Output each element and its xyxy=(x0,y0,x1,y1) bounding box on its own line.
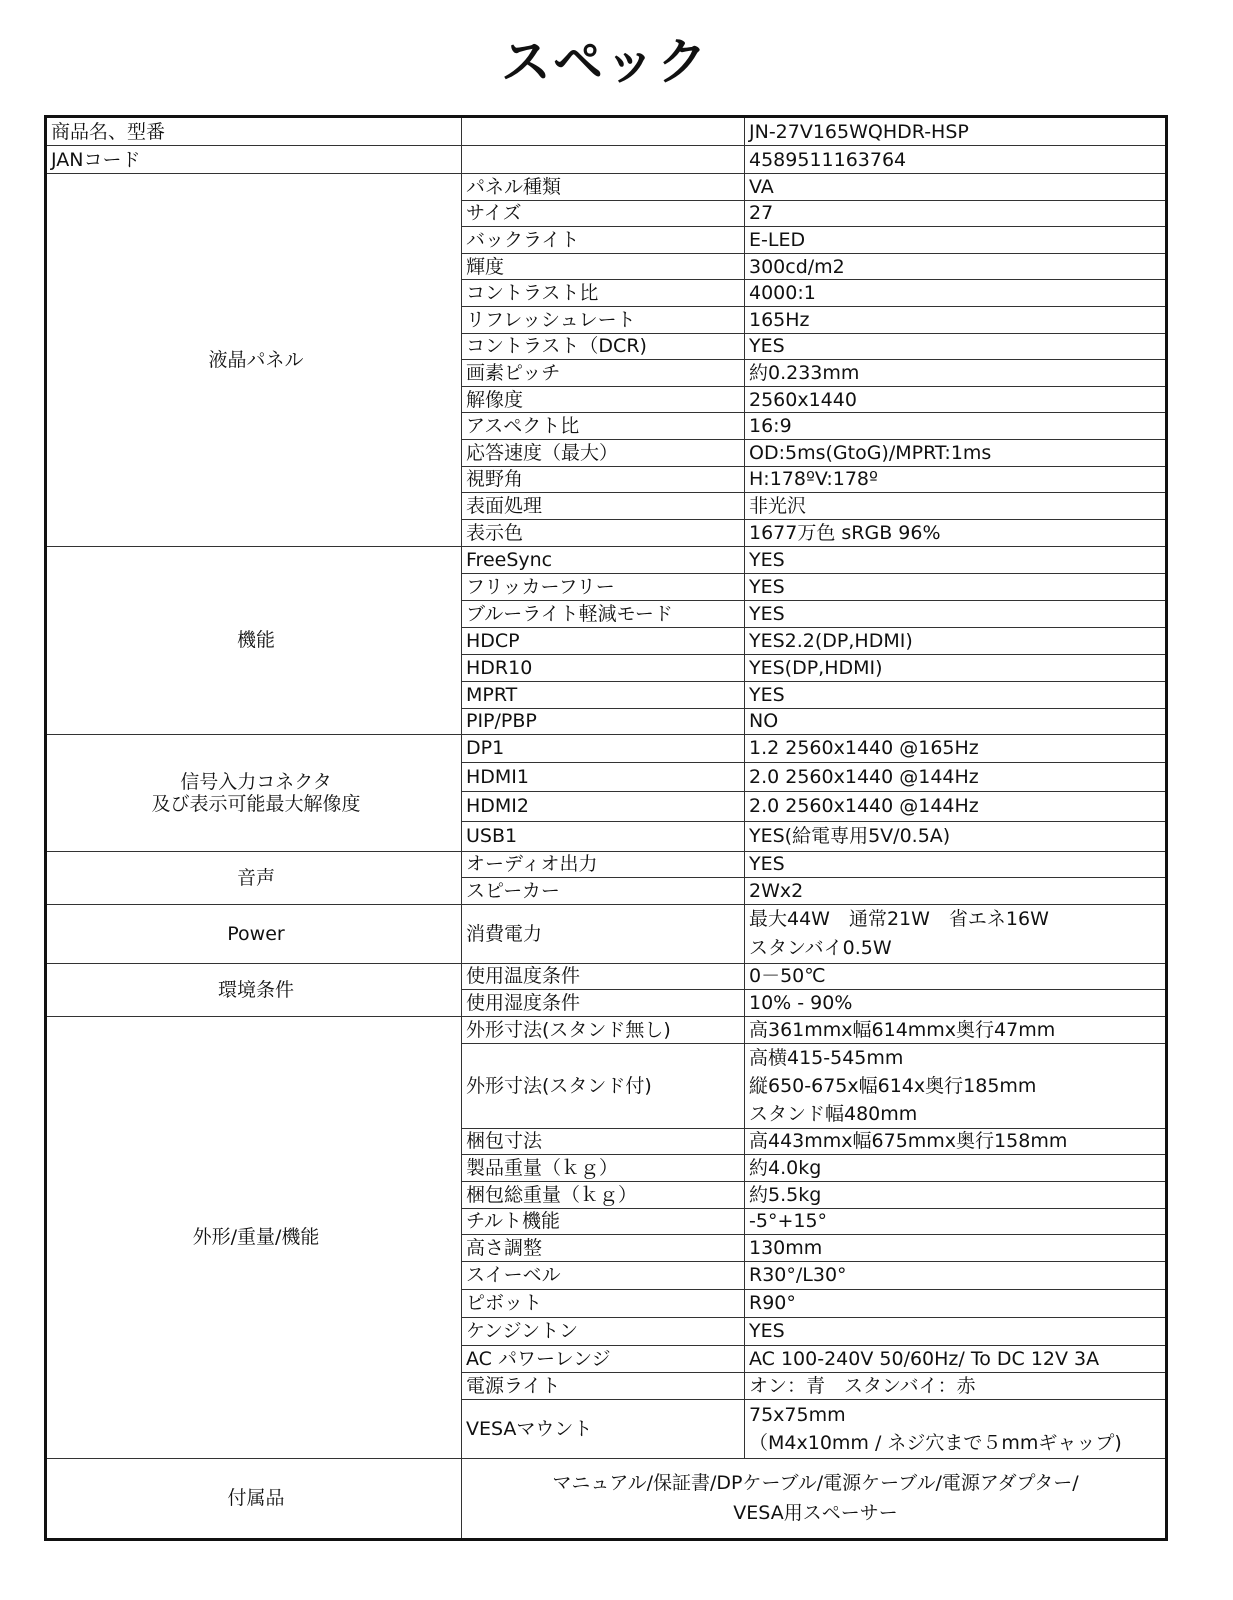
row-label: チルト機能 xyxy=(462,1208,745,1234)
row-value: AC 100-240V 50/60Hz/ To DC 12V 3A xyxy=(745,1345,1167,1372)
value-line: 75x75mm xyxy=(749,1401,1165,1429)
row-value: 16:9 xyxy=(745,413,1167,440)
row-label: サイズ xyxy=(462,200,745,227)
row-label: 視野角 xyxy=(462,466,745,493)
row-value: 2.0 2560x1440 @144Hz xyxy=(745,791,1167,821)
row-value: YES(給電専用5V/0.5A) xyxy=(745,821,1167,851)
row-value: 4000:1 xyxy=(745,280,1167,307)
row-label: 表面処理 xyxy=(462,493,745,520)
row-value: 1.2 2560x1440 @165Hz xyxy=(745,734,1167,762)
spec-row: 機能 FreeSync YES xyxy=(46,546,1167,573)
row-label: USB1 xyxy=(462,821,745,851)
row-label: 梱包寸法 xyxy=(462,1128,745,1154)
category-environment: 環境条件 xyxy=(46,963,462,1016)
spec-row-jan: JANコード 4589511163764 xyxy=(46,146,1167,174)
row-value: R30°/L30° xyxy=(745,1261,1167,1289)
row-label: 外形寸法(スタンド無し) xyxy=(462,1016,745,1043)
row-label: VESAマウント xyxy=(462,1399,745,1458)
row-label: 消費電力 xyxy=(462,904,745,963)
spec-row: 音声 オーディオ出力 YES xyxy=(46,851,1167,877)
row-value: 27 xyxy=(745,200,1167,227)
row-label: 画素ピッチ xyxy=(462,360,745,387)
row-label: JANコード xyxy=(46,146,462,174)
row-label: アスペクト比 xyxy=(462,413,745,440)
row-value: 高361mmx幅614mmx奥行47mm xyxy=(745,1016,1167,1043)
row-value: 約0.233mm xyxy=(745,360,1167,387)
row-value: 約4.0kg xyxy=(745,1154,1167,1181)
value-line: （M4x10mm / ネジ穴まで５mmギャップ) xyxy=(749,1429,1165,1457)
value-line: 縦650-675x幅614x奥行185mm xyxy=(749,1072,1165,1100)
value-line: マニュアル/保証書/DPケーブル/電源ケーブル/電源アダプター/ xyxy=(466,1468,1165,1498)
row-value: 4589511163764 xyxy=(745,146,1167,174)
row-value: 130mm xyxy=(745,1234,1167,1261)
row-value: 高横415-545mm 縦650-675x幅614x奥行185mm スタンド幅4… xyxy=(745,1043,1167,1128)
row-label: HDMI2 xyxy=(462,791,745,821)
row-label: 高さ調整 xyxy=(462,1234,745,1261)
page-title: スペック xyxy=(0,22,1210,94)
accessories-value: マニュアル/保証書/DPケーブル/電源ケーブル/電源アダプター/ VESA用スペ… xyxy=(462,1458,1167,1539)
row-label: HDMI1 xyxy=(462,762,745,791)
row-label: PIP/PBP xyxy=(462,708,745,734)
spec-row: 液晶パネル パネル種類 VA xyxy=(46,174,1167,201)
category-signal-input: 信号入力コネクタ 及び表示可能最大解像度 xyxy=(46,734,462,851)
row-value: YES2.2(DP,HDMI) xyxy=(745,627,1167,654)
value-line: VESA用スペーサー xyxy=(466,1498,1165,1528)
row-value: YES xyxy=(745,681,1167,708)
row-value: VA xyxy=(745,174,1167,201)
row-label: MPRT xyxy=(462,681,745,708)
row-value: 300cd/m2 xyxy=(745,253,1167,280)
row-value: 2560x1440 xyxy=(745,386,1167,413)
category-accessories: 付属品 xyxy=(46,1458,462,1539)
row-label: フリッカーフリー xyxy=(462,573,745,600)
row-label: HDR10 xyxy=(462,654,745,681)
row-label: 使用湿度条件 xyxy=(462,989,745,1016)
row-value: YES xyxy=(745,573,1167,600)
row-value: 0－50℃ xyxy=(745,963,1167,989)
row-value: YES xyxy=(745,600,1167,627)
row-label: 製品重量（ｋｇ） xyxy=(462,1154,745,1181)
row-label: 使用温度条件 xyxy=(462,963,745,989)
row-value: R90° xyxy=(745,1289,1167,1317)
row-value: 1677万色 sRGB 96% xyxy=(745,519,1167,546)
row-label: 輝度 xyxy=(462,253,745,280)
row-value: H:178ºV:178º xyxy=(745,466,1167,493)
empty-cell xyxy=(462,117,745,146)
value-line: スタンバイ0.5W xyxy=(749,934,1165,963)
category-audio: 音声 xyxy=(46,851,462,904)
row-value: 2.0 2560x1440 @144Hz xyxy=(745,762,1167,791)
row-label: コントラスト比 xyxy=(462,280,745,307)
row-value: 75x75mm （M4x10mm / ネジ穴まで５mmギャップ) xyxy=(745,1399,1167,1458)
row-label: ケンジントン xyxy=(462,1317,745,1345)
spec-row: 信号入力コネクタ 及び表示可能最大解像度 DP1 1.2 2560x1440 @… xyxy=(46,734,1167,762)
category-line: 信号入力コネクタ xyxy=(51,771,461,793)
row-value: E-LED xyxy=(745,227,1167,254)
row-value: オン：青 スタンバイ：赤 xyxy=(745,1372,1167,1399)
row-label: 商品名、型番 xyxy=(46,117,462,146)
row-label: AC パワーレンジ xyxy=(462,1345,745,1372)
row-label: スピーカー xyxy=(462,877,745,904)
row-label: HDCP xyxy=(462,627,745,654)
category-power: Power xyxy=(46,904,462,963)
row-value: 約5.5kg xyxy=(745,1181,1167,1208)
row-value: YES xyxy=(745,546,1167,573)
spec-row-accessories: 付属品 マニュアル/保証書/DPケーブル/電源ケーブル/電源アダプター/ VES… xyxy=(46,1458,1167,1539)
row-label: スイーベル xyxy=(462,1261,745,1289)
empty-cell xyxy=(462,146,745,174)
row-value: JN-27V165WQHDR-HSP xyxy=(745,117,1167,146)
row-label: FreeSync xyxy=(462,546,745,573)
row-value: YES xyxy=(745,1317,1167,1345)
category-features: 機能 xyxy=(46,546,462,734)
row-value: 2Wx2 xyxy=(745,877,1167,904)
row-value: YES(DP,HDMI) xyxy=(745,654,1167,681)
row-value: 非光沢 xyxy=(745,493,1167,520)
row-label: 外形寸法(スタンド付) xyxy=(462,1043,745,1128)
value-line: 最大44W 通常21W 省エネ16W xyxy=(749,905,1165,934)
row-label: ピボット xyxy=(462,1289,745,1317)
row-value: 最大44W 通常21W 省エネ16W スタンバイ0.5W xyxy=(745,904,1167,963)
category-line: 及び表示可能最大解像度 xyxy=(51,793,461,815)
spec-row: 環境条件 使用温度条件 0－50℃ xyxy=(46,963,1167,989)
row-label: リフレッシュレート xyxy=(462,306,745,333)
row-label: 解像度 xyxy=(462,386,745,413)
row-value: 10% - 90% xyxy=(745,989,1167,1016)
category-dimensions: 外形/重量/機能 xyxy=(46,1016,462,1458)
spec-table: 商品名、型番 JN-27V165WQHDR-HSP JANコード 4589511… xyxy=(44,115,1168,1541)
row-label: 電源ライト xyxy=(462,1372,745,1399)
row-label: 表示色 xyxy=(462,519,745,546)
spec-row: 外形/重量/機能 外形寸法(スタンド無し) 高361mmx幅614mmx奥行47… xyxy=(46,1016,1167,1043)
row-value: YES xyxy=(745,333,1167,360)
row-label: ブルーライト軽減モード xyxy=(462,600,745,627)
row-value: YES xyxy=(745,851,1167,877)
row-label: オーディオ出力 xyxy=(462,851,745,877)
row-label: 応答速度（最大） xyxy=(462,439,745,466)
row-value: 高443mmx幅675mmx奥行158mm xyxy=(745,1128,1167,1154)
spec-row: Power 消費電力 最大44W 通常21W 省エネ16W スタンバイ0.5W xyxy=(46,904,1167,963)
spec-row-model: 商品名、型番 JN-27V165WQHDR-HSP xyxy=(46,117,1167,146)
row-label: DP1 xyxy=(462,734,745,762)
row-label: バックライト xyxy=(462,227,745,254)
row-label: コントラスト（DCR) xyxy=(462,333,745,360)
row-label: パネル種類 xyxy=(462,174,745,201)
row-value: NO xyxy=(745,708,1167,734)
category-lcd-panel: 液晶パネル xyxy=(46,174,462,547)
row-value: 165Hz xyxy=(745,306,1167,333)
row-value: -5°+15° xyxy=(745,1208,1167,1234)
row-label: 梱包総重量（ｋｇ） xyxy=(462,1181,745,1208)
row-value: OD:5ms(GtoG)/MPRT:1ms xyxy=(745,439,1167,466)
value-line: スタンド幅480mm xyxy=(749,1100,1165,1128)
value-line: 高横415-545mm xyxy=(749,1044,1165,1072)
